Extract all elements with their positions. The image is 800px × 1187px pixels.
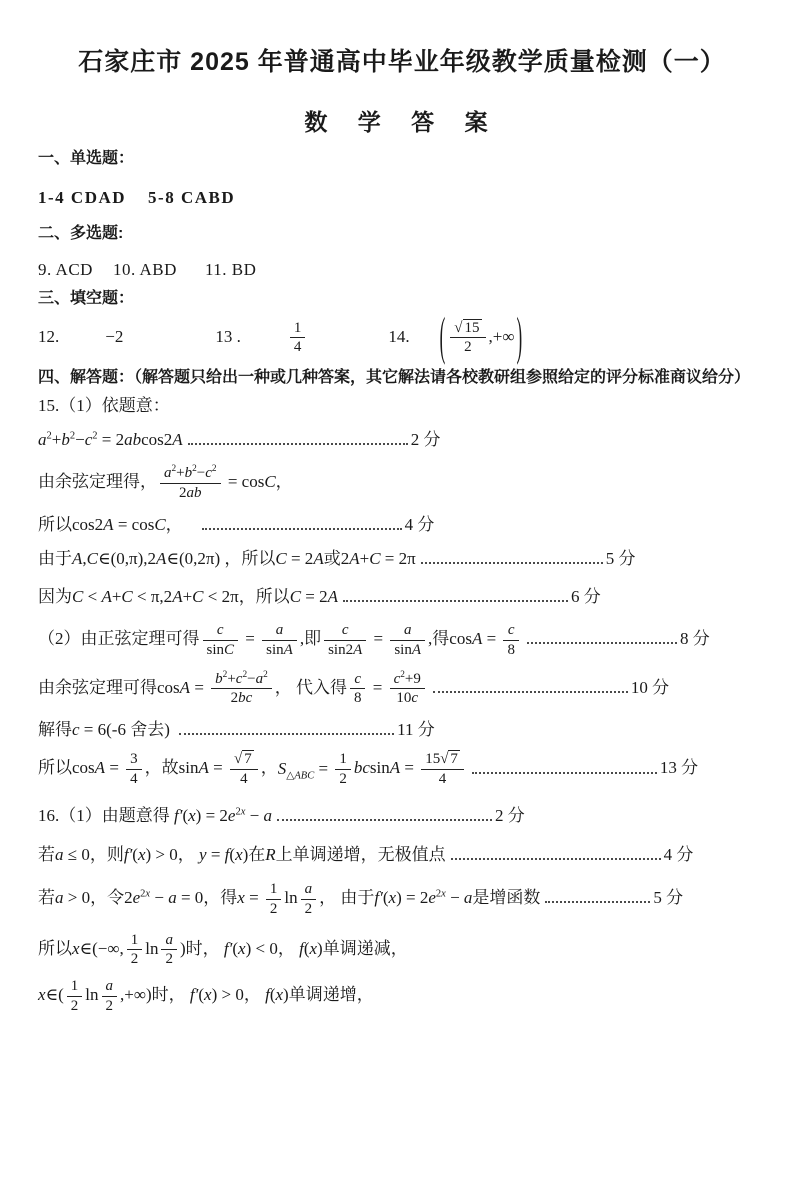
fraction: 12 (335, 751, 351, 788)
numerator: √7 (230, 751, 258, 770)
fraction: a2 (102, 978, 118, 1015)
radical-sign: √ (454, 320, 462, 336)
math-italic-run: b (215, 671, 223, 687)
math-run: 2A+C = 2π (341, 549, 416, 568)
math-upright-run: 4 (240, 771, 248, 787)
denominator: 4 (290, 338, 306, 356)
text-run: 15.（1）依题意： (38, 396, 170, 415)
text-run: ， (178, 845, 199, 864)
math-upright-run: 2 (341, 549, 350, 568)
math-run: cosA = (157, 678, 208, 697)
text-run: 12. (38, 327, 59, 346)
math-run: ln (284, 888, 297, 907)
math-italic-run: A (180, 678, 190, 697)
math-italic-run: a (55, 888, 64, 907)
document-body: 一、单选题：1-4 CDAD5-8 CABD二、多选题:9. ACD10. AB… (38, 149, 766, 1017)
math-run: ,+∞ (489, 327, 515, 346)
math-upright-run: < (83, 587, 101, 606)
dotted-leader (545, 897, 650, 903)
dotted-leader (451, 854, 661, 860)
math-upright-run: 2 (231, 690, 239, 706)
math-italic-run: A (95, 759, 105, 778)
math-italic-run: A (101, 587, 111, 606)
math-run: cosA = (449, 629, 500, 648)
denominator: 2 (67, 997, 83, 1015)
math-upright-run: = cos (224, 472, 265, 491)
q16-decreasing-interval: 所以x∈(−∞,12lna2)时， f′(x) < 0， f(x)单调递减， (38, 930, 766, 971)
text-run: 由于 (38, 549, 72, 568)
math-run: A,C∈(0,π),2A∈(0,2π) (72, 549, 220, 568)
math-upright-run: 8 (354, 690, 362, 706)
math-italic-run: c (217, 622, 224, 638)
fraction: c8 (503, 622, 519, 659)
superscript: 2x (235, 806, 245, 817)
math-upright-run: 3 (130, 751, 138, 767)
text-run: 所以 (38, 939, 72, 958)
math-upright-run: 15 (465, 320, 480, 336)
denominator: sinA (390, 641, 425, 659)
math-italic-run: A (353, 642, 362, 658)
sqrt-radical: √15 (454, 319, 481, 336)
math-run: f′(x) > 0 (124, 845, 178, 864)
radicand: 7 (242, 750, 254, 767)
math-upright-run: = 2π (381, 549, 416, 568)
text-run: ，所以 (239, 587, 290, 606)
page-subtitle: 数 学 答 案 (38, 104, 766, 137)
math-upright-run: = (368, 678, 386, 697)
numerator: a (262, 622, 297, 641)
q15-part1-intro: 15.（1）依题意： (38, 395, 766, 417)
text-run: 所以 (38, 515, 72, 534)
math-italic-run: e (428, 888, 436, 907)
math-italic-run: a (106, 978, 114, 994)
q15-part2-cosine-rule: 由余弦定理可得cosA = b2+c2−a22bc， 代入得c8 = c2+91… (38, 669, 766, 710)
math-upright-run: sin (370, 759, 390, 778)
score-label: 13 分 (660, 759, 698, 778)
superscript: 2x (436, 889, 446, 900)
fraction: c2+910c (390, 671, 425, 708)
math-upright-run: ln (284, 888, 297, 907)
math-upright-run: cos (157, 678, 180, 697)
text-run: 若 (38, 888, 55, 907)
score-label: 2 分 (495, 806, 525, 825)
math-upright-run: = (207, 845, 225, 864)
math-upright-run: + (183, 587, 193, 606)
math-upright-run: + (227, 671, 235, 687)
math-italic-run: C (275, 549, 286, 568)
text-run: 13 . (215, 327, 241, 346)
math-run: x∈(−∞, (72, 939, 124, 958)
math-upright-run: 2 (179, 485, 187, 501)
text-run: ， 代入得 (275, 678, 347, 697)
numerator: 15√7 (421, 751, 464, 770)
math-italic-run: A (72, 549, 82, 568)
math-italic-run: C (224, 642, 234, 658)
fraction: 12 (266, 881, 282, 918)
math-italic-run: A (103, 515, 113, 534)
q15-part2-sine-rule: （2）由正弦定理可得csinC = asinA,即csin2A = asinA,… (38, 620, 766, 661)
math-italic-run: C (192, 587, 203, 606)
math-upright-run: − (75, 430, 85, 449)
superscript: 2x (140, 889, 150, 900)
math-italic-run: b (185, 465, 193, 481)
numerator: 1 (266, 881, 282, 900)
numerator: c (503, 622, 519, 641)
q16-increasing-interval: x∈(12lna2,+∞)时， f′(x) > 0， f(x)单调递增， (38, 976, 766, 1017)
text-run: 9. ACD (38, 260, 93, 279)
math-upright-run: 1 (270, 881, 278, 897)
math-upright-run: − (446, 888, 464, 907)
math-italic-run: f′ (374, 888, 382, 907)
score-label: 4 分 (405, 515, 435, 534)
text-run: 1-4 CDAD (38, 188, 126, 207)
text-run: 即 (304, 629, 321, 648)
math-upright-run: + (52, 430, 62, 449)
score-label: 6 分 (571, 587, 601, 606)
text-run: 得 (432, 629, 449, 648)
denominator: 4 (230, 770, 258, 788)
fraction: 12 (67, 978, 83, 1015)
math-upright-run: 2 (464, 339, 472, 355)
math-run: = (368, 678, 386, 697)
fraction: a2 (301, 881, 317, 918)
q15-equation-1: a2+b2−c2 = 2abcos2A2 分 (38, 429, 766, 451)
math-italic-run: a (165, 932, 173, 948)
math-italic-run: b (61, 430, 70, 449)
math-upright-run: 2 (339, 771, 347, 787)
fraction: √74 (230, 751, 258, 788)
dotted-leader (188, 439, 408, 445)
text-run: ， 由于 (319, 888, 374, 907)
text-run: ，令 (90, 888, 124, 907)
numerator: c (203, 622, 239, 641)
q15-domain: 由于A,C∈(0,π),2A∈(0,2π) ，所以C = 2A或2A+C = 2… (38, 548, 766, 570)
math-upright-run: = 2 (301, 587, 328, 606)
score-label: 5 分 (606, 549, 636, 568)
fraction: a2 (161, 932, 177, 969)
math-upright-run: 8 (507, 642, 515, 658)
numerator: a (301, 881, 317, 900)
math-italic-run: x (237, 888, 245, 907)
text-run: 时， (186, 939, 224, 958)
score-label: 5 分 (653, 888, 683, 907)
text-run: （2）由正弦定理可得 (38, 629, 200, 648)
math-upright-run: 2 (270, 901, 278, 917)
math-run: f′(x) < 0 (224, 939, 278, 958)
fraction: √152 (450, 320, 485, 357)
math-run: f(x) (265, 985, 289, 1004)
score-label: 11 分 (397, 720, 435, 739)
numerator: 3 (126, 751, 142, 770)
score-label: 2 分 (411, 430, 441, 449)
math-upright-run: ,+∞ (489, 327, 515, 346)
math-run: C < A+C < π,2A+C < 2π (72, 587, 239, 606)
section-solutions: 四、解答题：（解答题只给出一种或几种答案，其它解法请各校教研组参照给定的评分标准… (38, 368, 766, 389)
math-upright-run: ∈(0,2π) (166, 549, 220, 568)
math-upright-run: 1 (71, 978, 79, 994)
math-upright-run: = (314, 759, 332, 778)
math-upright-run: = (190, 678, 208, 697)
math-upright-run: ∈(−∞, (80, 939, 124, 958)
math-upright-run: = (105, 759, 123, 778)
math-italic-run: ab (124, 430, 141, 449)
math-italic-run: A (472, 629, 482, 648)
text-run: 解得 (38, 720, 72, 739)
math-run: ln (85, 985, 98, 1004)
denominator: 8 (503, 641, 519, 659)
text-run: ， (278, 939, 299, 958)
math-italic-run: A (328, 587, 338, 606)
denominator: 2bc (211, 689, 272, 707)
math-run: = (241, 629, 259, 648)
math-italic-run: C (290, 587, 301, 606)
section-multi-choice: 二、多选题: (38, 224, 766, 245)
math-italic-run: x (138, 845, 146, 864)
dotted-leader (202, 524, 402, 530)
text-run: ，故 (145, 759, 179, 778)
text-run: 所以 (38, 759, 72, 778)
math-run: = cosC， (224, 472, 293, 491)
fraction: 15√74 (421, 751, 464, 788)
math-upright-run: + (360, 549, 370, 568)
dotted-leader (433, 687, 628, 693)
q16-case-a-nonpositive: 若a ≤ 0，则f′(x) > 0， y = f(x)在R上单调递增，无极值点4… (38, 844, 766, 866)
numerator: 1 (290, 320, 306, 339)
math-upright-run: = 0 (177, 888, 204, 907)
denominator: 2 (335, 770, 351, 788)
answer-sheet-page: 石家庄市 2025 年普通高中毕业年级教学质量检测（一） 数 学 答 案 一、单… (0, 0, 800, 1017)
numerator: a (102, 978, 118, 997)
math-upright-run: 15 (425, 751, 440, 767)
math-run: x = (237, 888, 263, 907)
math-upright-run: ) = 2 (196, 806, 228, 825)
fraction: 12 (127, 932, 143, 969)
text-run: 由余弦定理可得 (38, 678, 157, 697)
math-upright-run: + (112, 587, 122, 606)
math-upright-run: 2 (212, 464, 217, 474)
math-italic-run: x (275, 985, 283, 1004)
sqrt-radical: √7 (440, 750, 460, 767)
text-run: ， (261, 759, 278, 778)
math-run: a > 0 (55, 888, 90, 907)
text-run: 由余弦定理得， (38, 472, 157, 491)
math-upright-run: 1 (294, 320, 302, 336)
text-run: ，所以 (220, 549, 275, 568)
math-upright-run: = (369, 629, 387, 648)
math-italic-run: y (199, 845, 207, 864)
text-run: 一、单选题： (38, 150, 134, 167)
math-upright-run: − (247, 671, 255, 687)
fraction: a2+b2−c22ab (160, 465, 221, 502)
math-run: −2 (105, 327, 123, 346)
score-label: 8 分 (680, 629, 710, 648)
q15-solve-c: 解得c = 6(-6 舍去) 11 分 (38, 719, 766, 741)
math-italic-run: c (508, 622, 515, 638)
math-upright-run: ) > 0 (146, 845, 178, 864)
math-upright-run: = cos (114, 515, 155, 534)
math-upright-run: 10 (396, 690, 411, 706)
math-italic-run: c (72, 720, 80, 739)
math-upright-run: = (245, 888, 263, 907)
math-italic-run: e (133, 888, 141, 907)
math-run: cosA = (72, 759, 123, 778)
denominator: 2 (266, 900, 282, 918)
math-run: C = 2A (290, 587, 338, 606)
math-upright-run: +9 (405, 671, 421, 687)
math-italic-run: a (404, 622, 412, 638)
math-italic-run: a (264, 806, 273, 825)
math-upright-run: 1 (131, 932, 139, 948)
math-upright-run: − (197, 465, 205, 481)
fraction: asinA (262, 622, 297, 659)
text-run: ， (244, 985, 265, 1004)
math-italic-run: C (72, 587, 83, 606)
math-run: a ≤ 0 (55, 845, 90, 864)
math-upright-run: ) = 2 (396, 888, 428, 907)
math-run: c = 6(-6 舍去) (72, 720, 174, 739)
math-italic-run: c (411, 690, 418, 706)
text-run: 若 (38, 845, 55, 864)
section-fill-blank: 三、填空题： (38, 289, 766, 310)
math-italic-run: ABC (294, 770, 314, 781)
answers-multi-choice: 9. ACD10. ABD11. BD (38, 259, 766, 281)
fraction: csin2A (324, 622, 366, 659)
text-run: 14. (388, 327, 409, 346)
answers-fill-blank: 12.−213 .1414.(√152,+∞) (38, 318, 766, 359)
score-label: 4 分 (664, 845, 694, 864)
math-upright-run: 2 (131, 951, 139, 967)
big-paren: ) (514, 304, 524, 372)
dotted-leader (277, 815, 492, 821)
math-upright-run: 2 (263, 670, 268, 680)
numerator: c2+9 (390, 671, 425, 690)
math-italic-run: a (276, 622, 284, 638)
q15-conclusion-c-2a: 因为C < A+C < π,2A+C < 2π，所以C = 2A6 分 (38, 586, 766, 608)
math-italic-run: bc (354, 759, 370, 778)
math-upright-run: sin (266, 642, 284, 658)
denominator: 2 (301, 900, 317, 918)
math-upright-run: sin (207, 642, 225, 658)
math-italic-run: A (349, 549, 359, 568)
text-run: 时， (152, 985, 190, 1004)
text-run: 二、多选题: (38, 225, 123, 242)
numerator: √15 (450, 320, 485, 339)
math-run: sinA = (179, 759, 227, 778)
math-italic-run: a (305, 881, 313, 897)
math-italic-run: a (38, 430, 47, 449)
dotted-leader (527, 638, 677, 644)
numerator: a (390, 622, 425, 641)
math-upright-run: 4 (130, 771, 138, 787)
math-upright-run: < π,2 (133, 587, 172, 606)
math-upright-run: 1 (339, 751, 347, 767)
math-run: ln (145, 939, 158, 958)
q15-area: 所以cosA = 34，故sinA = √74，S△ABC = 12bcsinA… (38, 749, 766, 790)
math-italic-run: c (354, 671, 361, 687)
math-upright-run: sin (179, 759, 199, 778)
text-run: 上单调递增，无极值点 (276, 845, 446, 864)
math-italic-run: ab (187, 485, 202, 501)
math-upright-run: = (209, 759, 227, 778)
math-italic-run: S (278, 759, 287, 778)
math-upright-run: 2 (305, 901, 313, 917)
denominator: 2 (450, 338, 485, 356)
math-italic-run: A (313, 549, 323, 568)
math-upright-run: 7 (244, 751, 252, 767)
math-upright-run: sin2 (328, 642, 353, 658)
math-upright-run: 2 (124, 888, 133, 907)
math-italic-run: C (154, 515, 165, 534)
radicand: 7 (448, 750, 460, 767)
text-run: 因为 (38, 587, 72, 606)
q16-part1-derivative: 16.（1）由题意得 f′(x) = 2e2x − a2 分 (38, 805, 766, 827)
math-italic-run: A (390, 759, 400, 778)
math-run: bcsinA = (354, 759, 418, 778)
math-upright-run: cos2 (72, 515, 103, 534)
math-upright-run: ∈(0,π),2 (98, 549, 156, 568)
q15-equation-2: 所以cos2A = cosC，4 分 (38, 514, 766, 536)
numerator: 1 (335, 751, 351, 770)
math-upright-run: 2 (106, 998, 114, 1014)
dotted-leader (421, 558, 603, 564)
denominator: 2 (127, 950, 143, 968)
text-run: 单调递增， (289, 985, 374, 1004)
math-upright-run: < 2π (204, 587, 239, 606)
text-run: 11. BD (205, 260, 257, 279)
math-italic-run: x (188, 806, 196, 825)
math-run: f′(x) = 2e2x − a (174, 806, 272, 825)
math-upright-run: = 2 (287, 549, 314, 568)
numerator: 1 (127, 932, 143, 951)
fraction: asinA (390, 622, 425, 659)
numerator: a (161, 932, 177, 951)
numerator: a2+b2−c2 (160, 465, 221, 484)
math-run: 2e2x − a = 0 (124, 888, 203, 907)
math-italic-run: a (55, 845, 64, 864)
math-run: f(x) (299, 939, 323, 958)
superscript: 2 (263, 670, 268, 680)
math-italic-run: C (87, 549, 98, 568)
radicand: 15 (463, 319, 482, 336)
math-italic-run: A (172, 587, 182, 606)
math-upright-run: > 0 (64, 888, 91, 907)
math-italic-run: C (369, 549, 380, 568)
dotted-leader (472, 768, 657, 774)
math-upright-run: cos (72, 759, 95, 778)
text-run: 三、填空题： (38, 290, 134, 307)
denominator: 2ab (160, 484, 221, 502)
radical-sign: √ (234, 751, 242, 767)
math-italic-run: x (235, 845, 243, 864)
denominator: 4 (421, 770, 464, 788)
text-run: 10. ABD (113, 260, 177, 279)
denominator: sin2A (324, 641, 366, 659)
math-italic-run: x (309, 939, 317, 958)
math-upright-run: cos2 (141, 430, 172, 449)
answers-single-choice: 1-4 CDAD5-8 CABD (38, 187, 766, 209)
text-run: ，得 (203, 888, 237, 907)
dotted-leader (179, 729, 394, 735)
text-run: 单调递减， (323, 939, 408, 958)
math-upright-run: sin (394, 642, 412, 658)
math-upright-run: ) > 0 (212, 985, 244, 1004)
denominator: 2 (102, 997, 118, 1015)
math-italic-run: C (264, 472, 275, 491)
math-upright-run: − (245, 806, 263, 825)
page-title: 石家庄市 2025 年普通高中毕业年级教学质量检测（一） (38, 42, 766, 78)
math-upright-run: = (482, 629, 500, 648)
q15-cosine-rule: 由余弦定理得，a2+b2−c22ab = cosC， (38, 463, 766, 504)
